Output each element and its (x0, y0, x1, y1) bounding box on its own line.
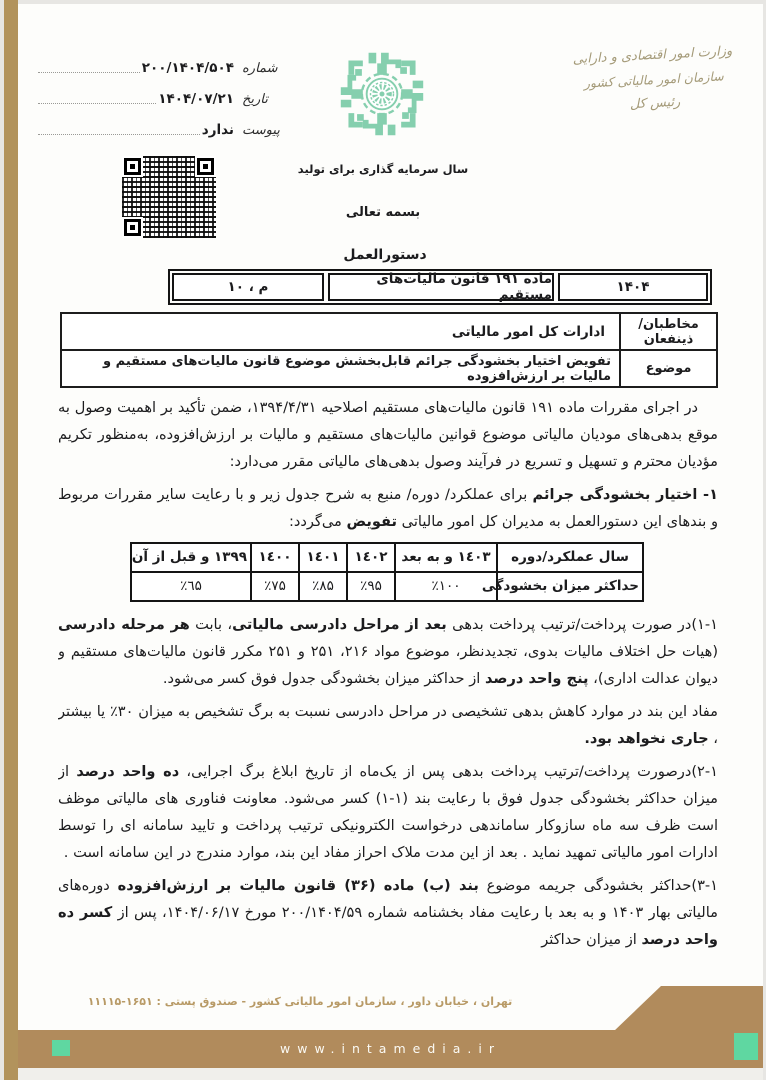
inta-logo-icon (336, 46, 428, 142)
percent-value: ٪۷۵ (251, 572, 299, 601)
number-value: ۲۰۰/۱۴۰۴/۵۰۴ (140, 60, 236, 76)
year-slogan: سال سرمایه گذاری برای تولید (270, 162, 496, 176)
date-label: تاریخ (236, 92, 282, 107)
ministry-calligraphy: وزارت امور اقتصادی و دارایی سازمان امور … (563, 43, 745, 124)
recipients-value: ادارات کل امور مالیاتی (61, 313, 620, 350)
qr-finder-icon (124, 219, 141, 236)
clause-3-1-paragraph: ۳-۱)حداکثر بخشودگی جریمه موضوع بند (ب) م… (58, 872, 718, 953)
footer-band: www.intamedia.ir (18, 1030, 763, 1068)
president-line: رئیس کل (566, 91, 745, 115)
clause-run: ، بابت (190, 616, 232, 633)
forgiveness-table: سال عملکرد/دوره ١٤٠٣ و به بعد ١٤٠٢ ١٤٠١ … (130, 542, 644, 602)
letter-attachment-row: پیوست ندارد (38, 116, 282, 138)
item1-run: می‌گردد: (289, 513, 347, 530)
dotted-line (38, 134, 200, 135)
item1-run: تفویض (347, 513, 398, 530)
subject-label: موضوع (620, 350, 717, 387)
letter-number-row: شماره ۲۰۰/۱۴۰۴/۵۰۴ (38, 54, 282, 76)
qr-code (122, 156, 216, 238)
year-column: ١٤٠٢ (347, 543, 395, 572)
clause-run: از حداکثر میزان بخشودگی جدول فوق کسر می‌… (163, 670, 485, 687)
letter-date-row: تاریخ ۱۴۰۴/۰۷/۲۱ (38, 85, 282, 107)
bottom-edge-strip (18, 1068, 763, 1080)
clause-run: ده واحد درصد (76, 763, 179, 780)
qr-finder-icon (197, 158, 214, 175)
clause-run: ۳-۱)حداکثر بخشودگی جریمه موضوع (479, 877, 718, 894)
scanned-letter-photo: شماره ۲۰۰/۱۴۰۴/۵۰۴ تاریخ ۱۴۰۴/۰۷/۲۱ پیوس… (0, 0, 766, 1080)
dotted-line (38, 103, 156, 104)
classification-code: م ، ۱۰ (172, 273, 324, 301)
item1-run: ۱- اختیار بخشودگی جرائم (533, 486, 718, 503)
note-run: جاری نخواهد بود. (584, 730, 708, 747)
recipients-label: مخاطبان/ ذینفعان (620, 313, 717, 350)
year-column: ١٤٠٠ (251, 543, 299, 572)
letter-body: در اجرای مقررات ماده ۱۹۱ قانون مالیات‌ها… (58, 394, 718, 990)
classification-year: ۱۴۰۴ (558, 273, 708, 301)
percent-value: ٪۸۵ (299, 572, 347, 601)
table-row: سال عملکرد/دوره ١٤٠٣ و به بعد ١٤٠٢ ١٤٠١ … (131, 543, 643, 572)
number-label: شماره (236, 61, 282, 76)
clause-run: ۲-۱)درصورت پرداخت/ترتیب پرداخت بدهی پس ا… (179, 763, 718, 780)
percent-value: ٪٦۵ (131, 572, 251, 601)
besmele-heading: بسمه تعالی (298, 205, 468, 220)
attachment-value: ندارد (200, 122, 236, 138)
clause-run: از میزان حداکثر (541, 931, 641, 948)
percent-value: ٪۹۵ (347, 572, 395, 601)
clause-run: بعد از مراحل دادرسی مالیاتی (232, 616, 447, 633)
clause-run: بند (ب) ماده (۳۶) قانون مالیات بر ارزش‌ا… (118, 877, 479, 894)
classification-table: ۱۴۰۴ ماده ۱۹۱ قانون مالیات‌های مستقیم م … (168, 269, 712, 305)
green-square-right (734, 1033, 758, 1060)
recipients-subject-table: مخاطبان/ ذینفعان ادارات کل امور مالیاتی … (60, 312, 718, 388)
table-row: حداکثر میزان بخشودگی ٪۱۰۰ ٪۹۵ ٪۸۵ ٪۷۵ ٪٦… (131, 572, 643, 601)
qr-finder-icon (124, 158, 141, 175)
clause-run: ۱-۱)در صورت پرداخت/ترتیب پرداخت بدهی (447, 616, 718, 633)
note-paragraph: مفاد این بند در موارد کاهش بدهی تشخیصی د… (58, 698, 718, 752)
document-type-heading: دستورالعمل (305, 247, 465, 263)
year-column: ۱۳۹۹ و قبل از آن (131, 543, 251, 572)
year-column: ١٤٠١ (299, 543, 347, 572)
classification-law: ماده ۱۹۱ قانون مالیات‌های مستقیم (328, 273, 554, 301)
year-row-header: سال عملکرد/دوره (497, 543, 643, 572)
clause-1-1-paragraph: ۱-۱)در صورت پرداخت/ترتیب پرداخت بدهی بعد… (58, 611, 718, 692)
organization-line: سازمان امور مالیاتی کشور (564, 67, 743, 91)
ministry-line: وزارت امور اقتصادی و دارایی (563, 43, 742, 67)
intro-text: در اجرای مقررات ماده ۱۹۱ قانون مالیات‌ها… (58, 399, 718, 470)
footer-address: تهران ، خیابان داور ، سازمان امور مالیات… (60, 995, 540, 1008)
clause-run: پنج واحد درصد (485, 670, 589, 687)
green-square-left (52, 1040, 70, 1056)
table-row: مخاطبان/ ذینفعان ادارات کل امور مالیاتی (61, 313, 717, 350)
attachment-label: پیوست (236, 123, 282, 138)
letter-meta-block: شماره ۲۰۰/۱۴۰۴/۵۰۴ تاریخ ۱۴۰۴/۰۷/۲۱ پیوس… (38, 54, 282, 138)
letter-page: شماره ۲۰۰/۱۴۰۴/۵۰۴ تاریخ ۱۴۰۴/۰۷/۲۱ پیوس… (18, 4, 763, 1080)
footer-wedge-shape (613, 986, 763, 1032)
clause-2-1-paragraph: ۲-۱)درصورت پرداخت/ترتیب پرداخت بدهی پس ا… (58, 758, 718, 866)
year-column: ١٤٠٣ و به بعد (395, 543, 497, 572)
clause-run: هر مرحله دادرسی (58, 616, 190, 633)
left-tan-edge (4, 0, 18, 1080)
table-row: موضوع تفویض اختیار بخشودگی جرائم قابل‌بخ… (61, 350, 717, 387)
values-row-header: حداکثر میزان بخشودگی (497, 572, 643, 601)
footer-website: www.intamedia.ir (18, 1030, 763, 1068)
intro-paragraph: در اجرای مقررات ماده ۱۹۱ قانون مالیات‌ها… (58, 394, 718, 475)
item1-paragraph: ۱- اختیار بخشودگی جرائم برای عملکرد/ دور… (58, 481, 718, 535)
date-value: ۱۴۰۴/۰۷/۲۱ (156, 91, 236, 107)
subject-value: تفویض اختیار بخشودگی جرائم قابل‌بخشش موض… (61, 350, 620, 387)
dotted-line (38, 72, 140, 73)
